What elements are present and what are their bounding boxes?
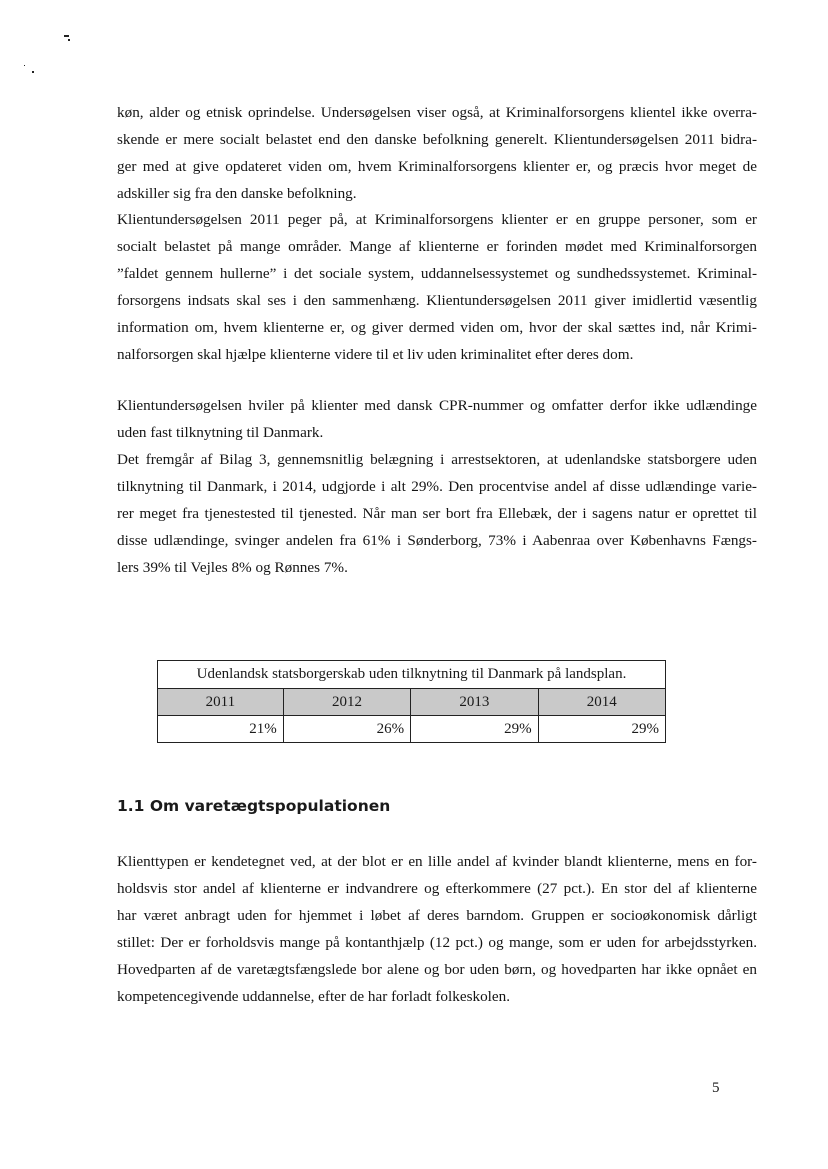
year-header: 2011 [158,689,284,716]
text-line: tilknytning til Danmark, i 2014, udgjord… [117,473,757,500]
year-header: 2012 [283,689,410,716]
text-line: lers 39% til Vejles 8% og Rønnes 7%. [117,554,757,581]
value-cell: 26% [283,716,410,743]
section-heading: 1.1 Om varetægtspopulationen [117,797,390,815]
text-line: rer meget fra tjenestested til tjenested… [117,500,757,527]
year-header: 2013 [411,689,538,716]
text-line: Klienttypen er kendetegnet ved, at der b… [117,848,757,875]
text-line: ger med at give opdateret viden om, hvem… [117,153,757,180]
text-line: skende er mere socialt belastet end den … [117,126,757,153]
scan-artifact [64,35,69,37]
text-line: forsorgens indsats skal ses i den sammen… [117,287,757,314]
table-row: 21% 26% 29% 29% [158,716,666,743]
paragraph-1: køn, alder og etnisk oprindelse. Undersø… [117,99,757,207]
text-line: socialt belastet på mange områder. Mange… [117,233,757,260]
scan-artifact [24,65,25,66]
table-title-row: Udenlandsk statsborgerskab uden tilknytn… [158,661,666,689]
text-line: nalforsorgen skal hjælpe klienterne vide… [117,341,757,368]
text-line: uden fast tilknytning til Danmark. [117,419,757,446]
text-line: kompetencegivende uddannelse, efter de h… [117,983,757,1010]
text-line: information om, hvem klienterne er, og g… [117,314,757,341]
text-line: stillet: Der er forholdsvis mange på kon… [117,929,757,956]
value-cell: 29% [538,716,665,743]
text-line: Det fremgår af Bilag 3, gennemsnitlig be… [117,446,757,473]
text-line: køn, alder og etnisk oprindelse. Undersø… [117,99,757,126]
document-page: køn, alder og etnisk oprindelse. Undersø… [0,0,828,1169]
text-line: ”faldet gennem hullerne” i det sociale s… [117,260,757,287]
foreign-citizenship-table: Udenlandsk statsborgerskab uden tilknytn… [157,660,666,743]
text-line: holdsvis stor andel af klienterne er ind… [117,875,757,902]
text-line: Hovedparten af de varetægtsfængslede bor… [117,956,757,983]
scan-artifact [68,39,70,41]
paragraph-2: Klientundersøgelsen 2011 peger på, at Kr… [117,206,757,368]
text-line: Klientundersøgelsen 2011 peger på, at Kr… [117,206,757,233]
paragraph-5: Klienttypen er kendetegnet ved, at der b… [117,848,757,1010]
year-header: 2014 [538,689,665,716]
value-cell: 21% [158,716,284,743]
text-line: har været anbragt uden for hjemmet i løb… [117,902,757,929]
table-header-row: 2011 2012 2013 2014 [158,689,666,716]
paragraph-3: Klientundersøgelsen hviler på klienter m… [117,392,757,446]
page-number: 5 [712,1080,720,1097]
text-line: Klientundersøgelsen hviler på klienter m… [117,392,757,419]
text-line: disse udlændinge, svinger andelen fra 61… [117,527,757,554]
table-title: Udenlandsk statsborgerskab uden tilknytn… [158,661,666,689]
value-cell: 29% [411,716,538,743]
text-line: adskiller sig fra den danske befolkning. [117,180,757,207]
paragraph-4: Det fremgår af Bilag 3, gennemsnitlig be… [117,446,757,581]
scan-artifact [32,71,34,73]
